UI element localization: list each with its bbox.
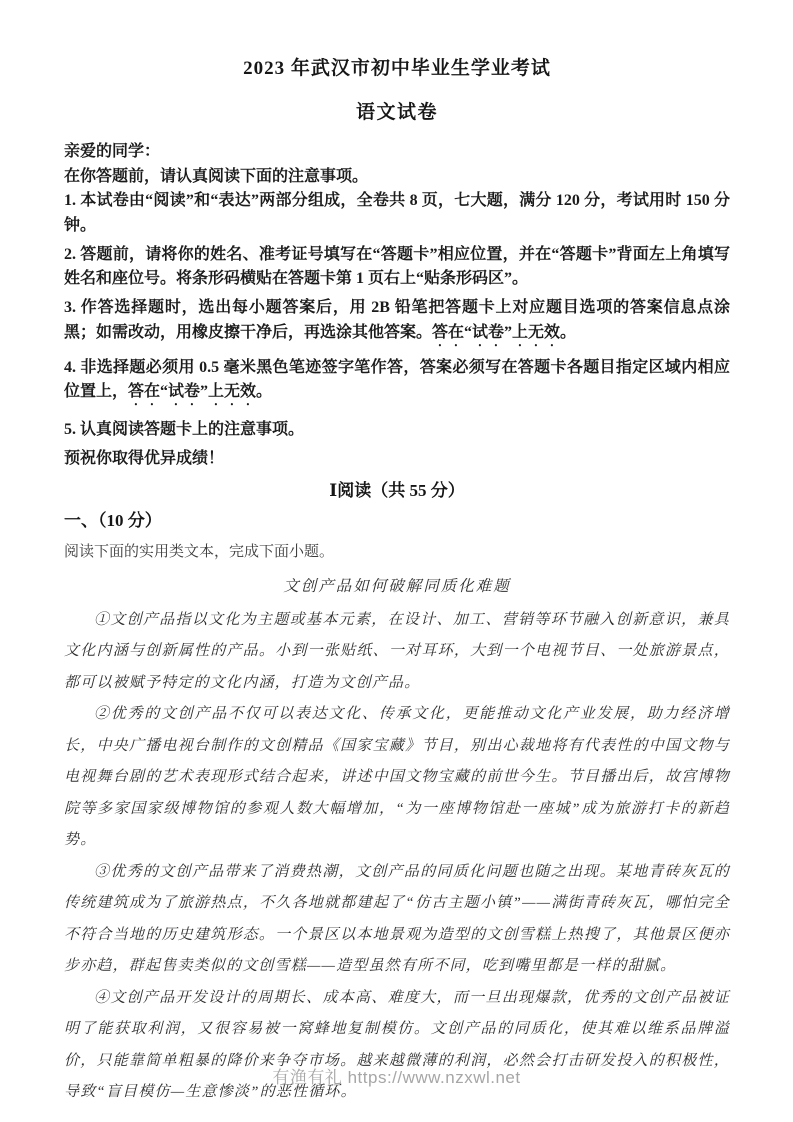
- notice-closing: 预祝你取得优异成绩！: [64, 447, 730, 472]
- notice-item-3-text: 3. 作答选择题时，选出每小题答案后，用 2B 铅笔把答题卡上对应题目选项的答案…: [64, 299, 730, 341]
- notice-item-2-text: 2. 答题前，请将你的姓名、准考证号填写在“答题卡”相应位置，并在“答题卡”背面…: [64, 246, 730, 288]
- exam-title: 2023 年武汉市初中毕业生学业考试: [64, 56, 730, 82]
- reading-article: 文创产品如何破解同质化难题 ①文创产品指以文化为主题或基本元素，在设计、加工、营…: [64, 576, 730, 1109]
- part-1-heading: 一、（10 分）: [64, 509, 730, 533]
- watermark-footer: 有渔有礼 https://www.nzxwl.net: [0, 1063, 793, 1088]
- notice-item-4-emphasis: 答在“试卷”上无效。: [128, 383, 272, 400]
- notice-item-1-text: 1. 本试卷由“阅读”和“表达”两部分组成，全卷共 8 页，七大题，满分 120…: [64, 192, 730, 234]
- exam-paper-page: 2023 年武汉市初中毕业生学业考试 语文试卷 亲爱的同学： 在你答题前，请认真…: [0, 56, 793, 1109]
- exam-subtitle: 语文试卷: [64, 101, 730, 125]
- article-paragraph-4: ④文创产品开发设计的周期长、成本高、难度大，而一旦出现爆款，优秀的文创产品被证明…: [64, 983, 730, 1109]
- notice-intro: 在你答题前，请认真阅读下面的注意事项。: [64, 165, 730, 190]
- article-title: 文创产品如何破解同质化难题: [64, 576, 730, 598]
- notice-item-5-text: 5. 认真阅读答题卡上的注意事项。: [64, 421, 304, 438]
- notice-salutation: 亲爱的同学：: [64, 140, 730, 165]
- notice-item-1: 1. 本试卷由“阅读”和“表达”两部分组成，全卷共 8 页，七大题，满分 120…: [64, 189, 730, 243]
- watermark-text: 有渔有礼 https://www.nzxwl.net: [272, 1068, 520, 1087]
- article-paragraph-1: ①文创产品指以文化为主题或基本元素，在设计、加工、营销等环节融入创新意识，兼具文…: [64, 605, 730, 700]
- notice-item-4: 4. 非选择题必须用 0.5 毫米黑色笔迹签字笔作答，答案必须写在答题卡各题目指…: [64, 356, 730, 410]
- notice-item-3-emphasis: 答在“试卷”上无效。: [432, 324, 576, 341]
- article-paragraph-2: ②优秀的文创产品不仅可以表达文化、传承文化，更能推动文化产业发展，助力经济增长，…: [64, 699, 730, 857]
- article-paragraph-3: ③优秀的文创产品带来了消费热潮，文创产品的同质化问题也随之出现。某地青砖灰瓦的传…: [64, 857, 730, 983]
- section-1-heading: Ⅰ阅读（共 55 分）: [64, 479, 730, 503]
- notice-item-2: 2. 答题前，请将你的姓名、准考证号填写在“答题卡”相应位置，并在“答题卡”背面…: [64, 243, 730, 297]
- notice-item-5: 5. 认真阅读答题卡上的注意事项。: [64, 418, 730, 447]
- notice-item-3: 3. 作答选择题时，选出每小题答案后，用 2B 铅笔把答题卡上对应题目选项的答案…: [64, 296, 730, 350]
- reading-instruction: 阅读下面的实用类文本，完成下面小题。: [64, 541, 730, 563]
- notice-section: 亲爱的同学： 在你答题前，请认真阅读下面的注意事项。 1. 本试卷由“阅读”和“…: [64, 140, 730, 472]
